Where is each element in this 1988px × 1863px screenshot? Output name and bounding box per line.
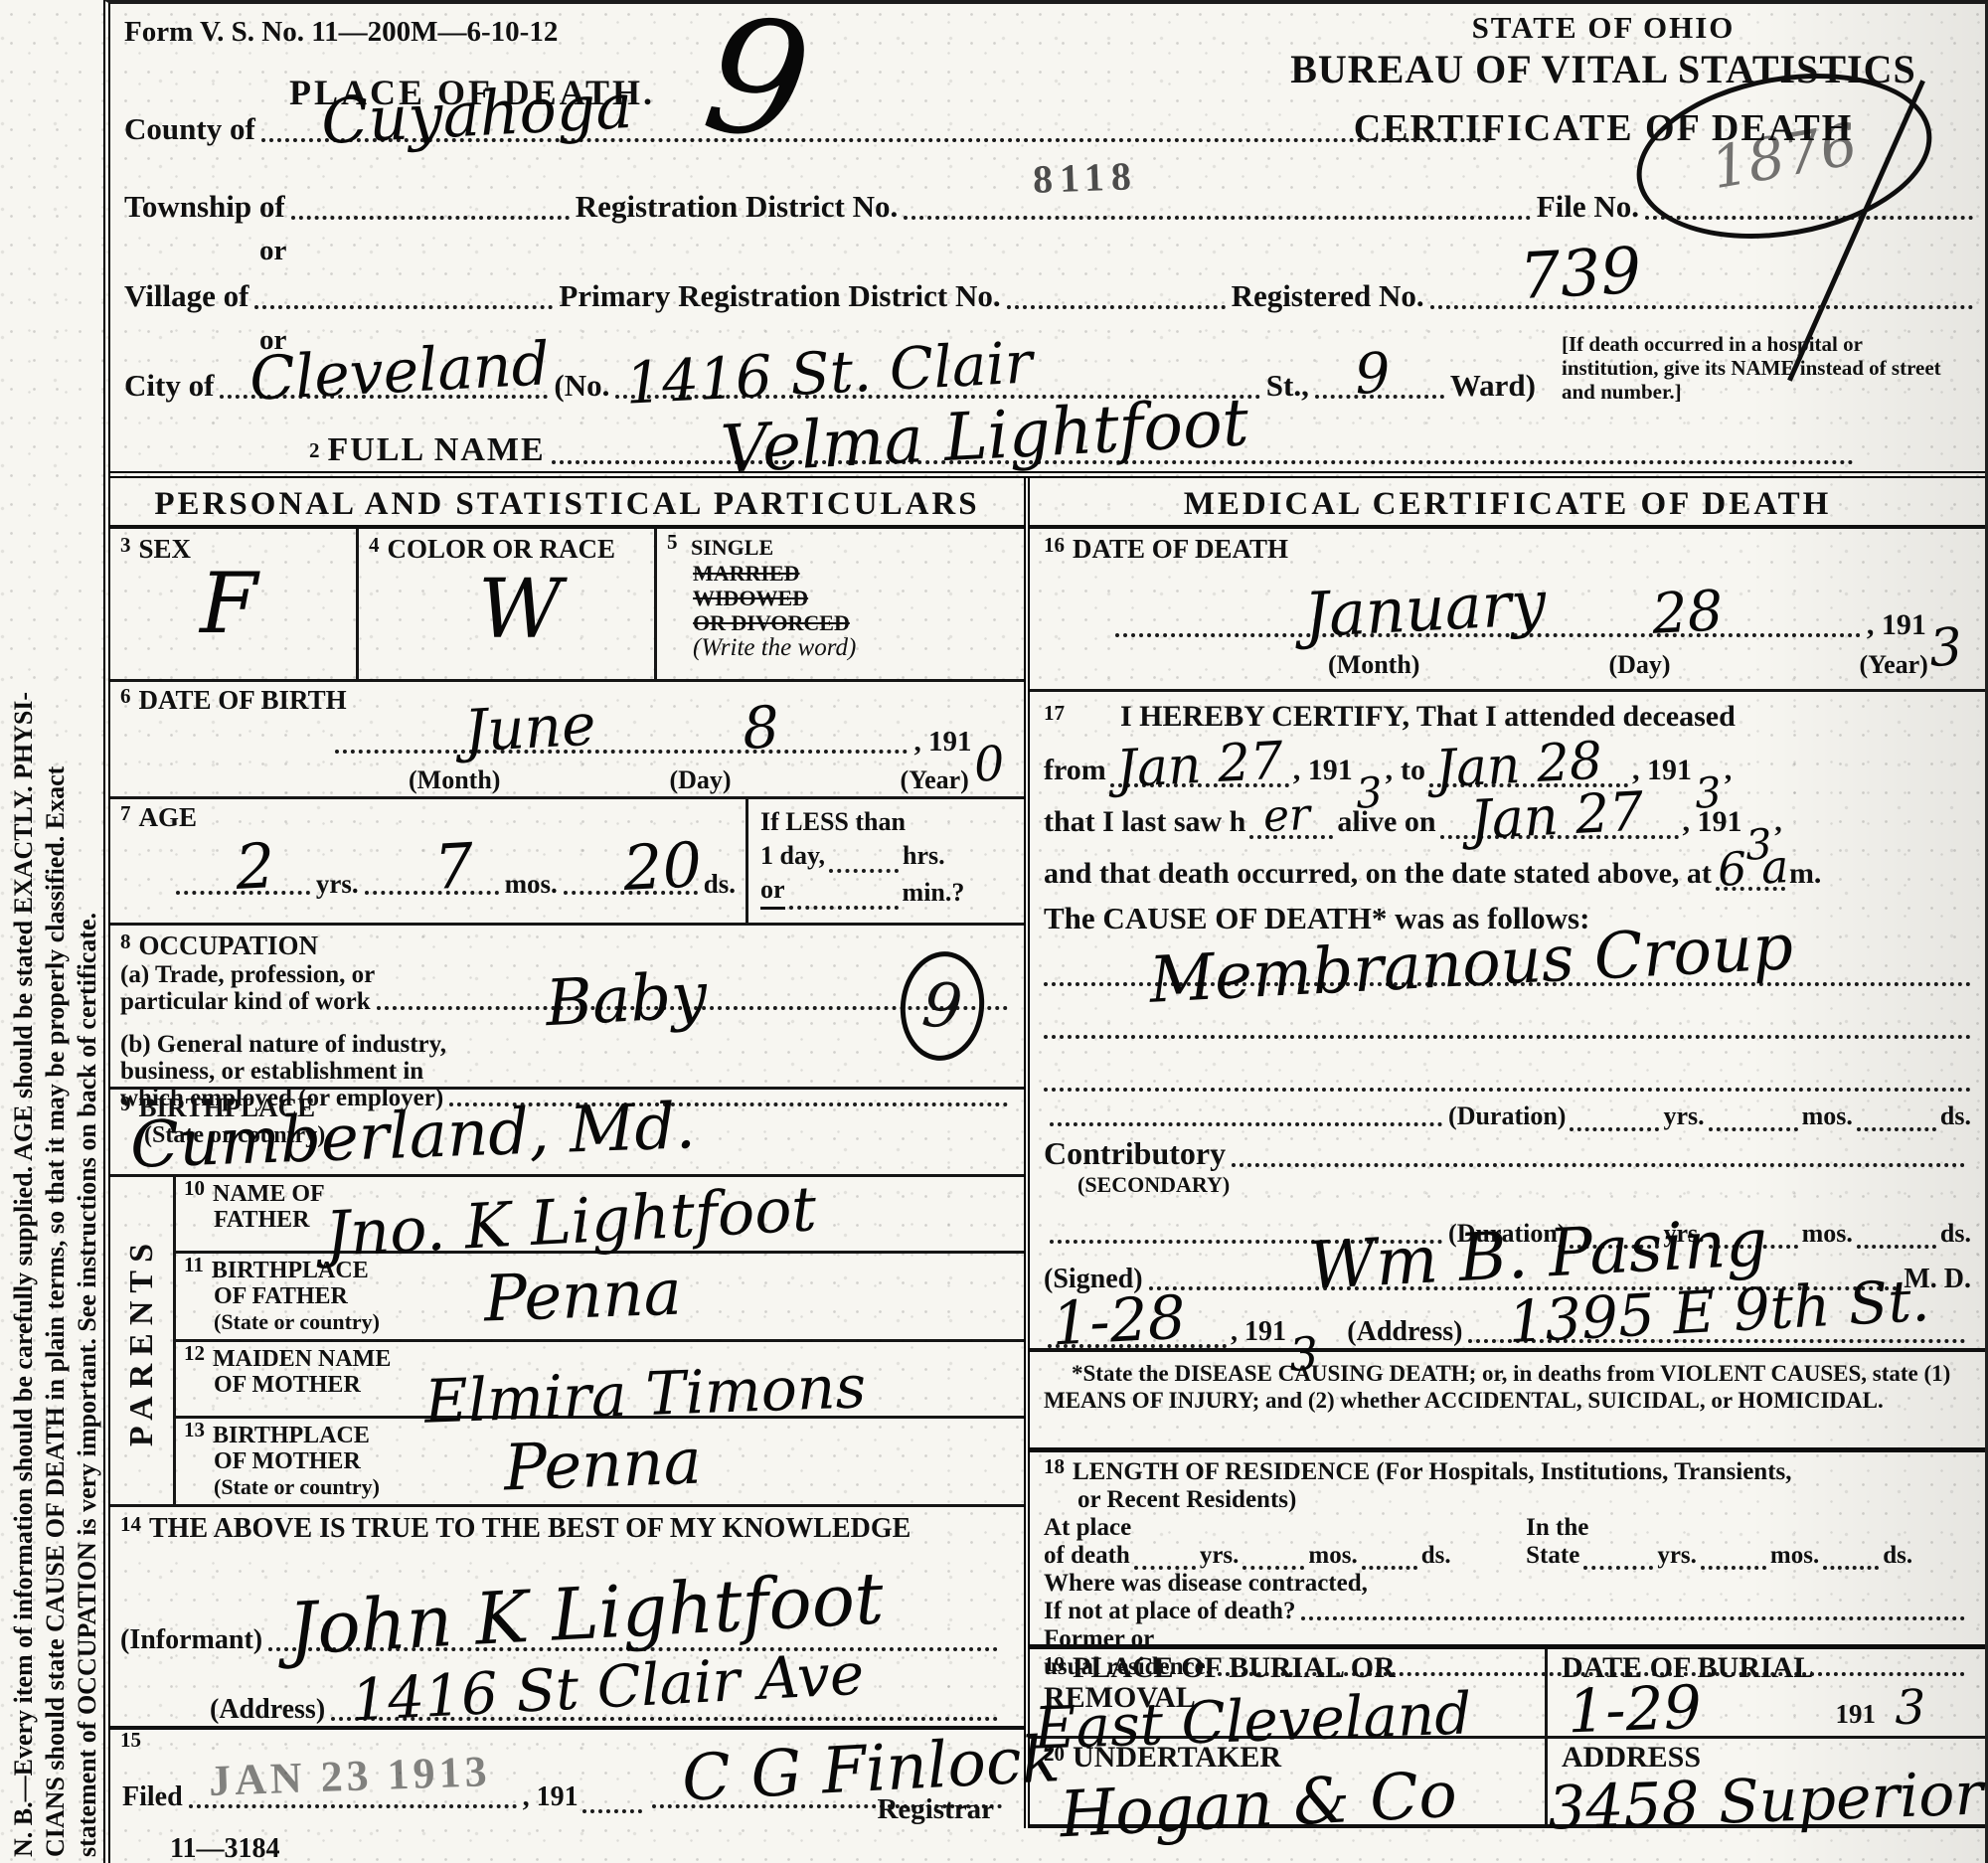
dob-month-value: June (462, 691, 597, 765)
primary-registration-blank (1007, 305, 1226, 309)
burial-date-cell: DATE OF BURIAL 1-29 191 3 (1548, 1649, 1985, 1737)
margin-note-line3: statement of OCCUPATION is very importan… (72, 12, 103, 1857)
dod-day-value: 28 (1650, 579, 1725, 647)
signed-date-value: 1-28 (1050, 1282, 1187, 1359)
county-value: Cuyahoga (319, 70, 634, 158)
age-less-line2: 1 day,hrs. (760, 839, 1012, 873)
residence-q2: If not at place of death? (1044, 1598, 1295, 1625)
occupation-label: OCCUPATION (139, 931, 319, 960)
burial-place-cell: 19PLACE OF BURIAL OR REMOVAL East Clevel… (1030, 1649, 1548, 1737)
bottom-form-code: 11—3184 (170, 1833, 279, 1863)
cause-dotted-line-3 (1044, 1039, 1971, 1092)
dob-day-value: 8 (741, 694, 780, 763)
parents-block: PARENTS 10NAME OF FATHER Jno. K Lightfoo… (110, 1174, 1024, 1504)
certify-comma-3: , (1774, 805, 1782, 839)
city-label: City of (124, 368, 214, 404)
age-mos-blank: 7 (365, 891, 499, 895)
rs-yrs-blank (1583, 1550, 1653, 1570)
rs-ds: ds. (1883, 1542, 1912, 1570)
dod-month-value: January (1302, 567, 1548, 652)
undertaker-address-value: 3458 Superior (1547, 1760, 1984, 1844)
dod-hint-day: (Day) (1608, 650, 1670, 680)
filed-date-stamp: JAN 23 1913 (208, 1746, 491, 1806)
registered-number-blank: 739 (1430, 305, 1973, 309)
residence-block: 18LENGTH OF RESIDENCE (For Hospitals, In… (1030, 1447, 1985, 1644)
burial-year-printed: 191 (1836, 1699, 1877, 1730)
duration2-ds: ds. (1940, 1219, 1971, 1249)
burial-year-digit: 3 (1895, 1680, 1925, 1736)
informant-address-label: (Address) (210, 1694, 325, 1726)
registration-district-label: Registration District No. (576, 189, 899, 225)
dob-hint-month: (Month) (409, 765, 500, 795)
certify-comma-1: , (1386, 754, 1394, 787)
age-less-line1: If LESS than (760, 805, 1012, 839)
rp-yrs: yrs. (1200, 1542, 1240, 1570)
informant-line: (Informant) John K Lightfoot (120, 1624, 1004, 1656)
registration-district-stamp: 8118 (1032, 152, 1138, 203)
duration1-mos-blank (1709, 1111, 1798, 1131)
certify-from-year-printed: , 191 (1293, 754, 1353, 787)
township-blank (291, 216, 570, 220)
certify-lastsaw-pre: that I last saw h (1044, 805, 1245, 839)
margin-note: N. B.—Every item of information should b… (8, 12, 103, 1857)
duration1-mos: mos. (1802, 1101, 1853, 1131)
marital-cell: 5 SINGLE MARRIED WIDOWED OR DIVORCED (Wr… (657, 529, 1024, 679)
certify-from-line: from Jan 27 , 1913 , to Jan 28 , 1913 , (1044, 736, 1971, 787)
residence-state-line: State yrs. mos. ds. (1526, 1542, 1971, 1570)
certify-to-label: to (1401, 754, 1425, 787)
duration1-lead-dots (1050, 1122, 1442, 1126)
dob-label: DATE OF BIRTH (139, 685, 347, 715)
contributory-block: Contributory (SECONDARY) (1030, 1131, 1985, 1193)
medical-column: MEDICAL CERTIFICATE OF DEATH 16DATE OF D… (1030, 478, 1985, 1828)
residence-label-1: LENGTH OF RESIDENCE (For Hospitals, Inst… (1073, 1458, 1792, 1485)
city-blank: Cleveland (220, 395, 548, 399)
age-mos-label: mos. (505, 869, 558, 900)
sex-cell: 3SEX F (110, 529, 359, 679)
certify-comma-2: , (1725, 754, 1733, 787)
death-certificate-scan: N. B.—Every item of information should b… (0, 0, 1988, 1863)
residence-at-place-label: At place (1044, 1514, 1526, 1542)
occupation-value: Baby (545, 983, 708, 1018)
dob-hint-year: (Year) (901, 765, 969, 795)
residence-at-place: At place of death yrs. mos. ds. (1044, 1514, 1526, 1570)
dod-number: 16 (1044, 533, 1065, 557)
age-ds-value: 20 (621, 828, 704, 905)
duration2-ds-blank (1857, 1229, 1936, 1249)
duration1-yrs-blank (1570, 1111, 1659, 1131)
handwritten-figure-9: 9 (694, 0, 820, 178)
dod-row: 16DATE OF DEATH January 28 , 1913 (Month… (1030, 529, 1985, 692)
form-number: Form V. S. No. 11—200M—6-10-12 (124, 16, 558, 49)
duration1-ds: ds. (1940, 1101, 1971, 1131)
age-min-label: min.? (903, 876, 965, 910)
age-line: 2 yrs. 7 mos. 20 ds. (170, 869, 736, 900)
dod-year-digit: 3 (1929, 647, 1962, 649)
duration2-mos: mos. (1802, 1219, 1853, 1249)
registrar-signature: C G Finlock (680, 1723, 1062, 1816)
sex-value: F (200, 555, 257, 652)
birthplace-row: 9BIRTHPLACE (State or country) Cumberlan… (110, 1087, 1024, 1174)
father-name-row: 10NAME OF FATHER Jno. K Lightfoot (176, 1177, 1024, 1251)
dob-year-printed: , 191 (913, 726, 971, 759)
primary-registration-label: Primary Registration District No. (559, 278, 1000, 314)
signed-address-blank: 1395 E 9th St. (1468, 1339, 1965, 1343)
occupation-row: 8OCCUPATION (a) Trade, profession, or pa… (110, 923, 1024, 1087)
father-birthplace-row: 11BIRTHPLACE OF FATHER (State or country… (176, 1251, 1024, 1339)
registered-number-label: Registered No. (1232, 278, 1424, 314)
house-number-label: (No. (554, 368, 609, 404)
dod-blank: January 28 (1115, 633, 1861, 637)
filed-line: Filed JAN 23 1913 , 191 C G Finlock (122, 1781, 1008, 1813)
duration1-label: (Duration) (1448, 1101, 1566, 1131)
color-cell: 4COLOR OR RACE W (359, 529, 657, 679)
age-number: 7 (120, 801, 131, 825)
certify-lastsaw-mid: alive on (1337, 805, 1435, 839)
residence-q2-line: If not at place of death? (1044, 1598, 1971, 1625)
age-less-day: 1 day, (760, 839, 825, 873)
sex-label: SEX (139, 534, 192, 564)
village-label: Village of (124, 278, 248, 314)
township-label: Township of (124, 189, 285, 225)
certify-line1: I HEREBY CERTIFY, That I attended deceas… (1120, 700, 1736, 733)
father-bp-number: 11 (184, 1253, 204, 1276)
residence-at-place-line: of death yrs. mos. ds. (1044, 1542, 1526, 1570)
burial-date-value: 1-29 (1567, 1672, 1703, 1747)
sex-number: 3 (120, 533, 131, 557)
full-name-number: 2 (309, 438, 320, 463)
dod-hints: (Month) (Day) (Year) (1328, 650, 1928, 680)
marital-single: SINGLE (691, 535, 773, 560)
signed-address-label: (Address) (1347, 1316, 1462, 1348)
file-number-label: File No. (1537, 189, 1639, 225)
rp-yrs-blank (1134, 1550, 1196, 1570)
certify-lastsaw-value: Jan 27 (1468, 780, 1645, 852)
occupation-a2: particular kind of work (120, 988, 371, 1015)
occupation-a2-line: particular kind of work Baby (120, 988, 1014, 1015)
dob-line: June 8 , 1910 (329, 726, 1008, 759)
marital-divorced: OR DIVORCED (693, 610, 1014, 635)
certify-from-value: Jan 27 (1114, 732, 1284, 800)
state-line: STATE OF OHIO (1245, 10, 1961, 46)
rp-mos: mos. (1308, 1542, 1357, 1570)
city-value: Cleveland (248, 329, 552, 415)
margin-note-line1: N. B.—Every item of information should b… (8, 12, 40, 1857)
margin-note-line2: CIANS should state CAUSE OF DEATH in pla… (40, 12, 72, 1857)
duration-line-1: (Duration) yrs. mos. ds. (1030, 1097, 1985, 1131)
certify-hour-value: 6 a (1717, 839, 1790, 897)
rs-yrs: yrs. (1657, 1542, 1697, 1570)
burial-row: 19PLACE OF BURIAL OR REMOVAL East Clevel… (1030, 1644, 1985, 1737)
rp-ds-blank (1362, 1550, 1417, 1570)
certify-block: 17I HEREBY CERTIFY, That I attended dece… (1030, 692, 1985, 933)
mother-number: 12 (184, 1341, 205, 1365)
color-number: 4 (369, 533, 380, 557)
certify-her-blank: er (1249, 833, 1333, 839)
residence-label-2: or Recent Residents) (1077, 1486, 1971, 1514)
signed-date-line: 1-28 , 1913 (Address) 1395 E 9th St. (1030, 1295, 1985, 1348)
city-row: City of Cleveland (No. 1416 St. Clair St… (124, 368, 1536, 404)
full-name-row: 2 FULL NAME Velma Lightfoot (309, 431, 1860, 469)
marital-widowed: WIDOWED (693, 586, 1014, 610)
certify-hour-blank: 6 a (1716, 885, 1785, 891)
residence-in-the-label: In the (1526, 1514, 1971, 1542)
age-mos-value: 7 (432, 829, 475, 904)
medical-title: MEDICAL CERTIFICATE OF DEATH (1030, 478, 1985, 529)
dob-row: 6DATE OF BIRTH June 8 , 1910 (Month) (Da… (110, 679, 1024, 795)
filed-label: Filed (122, 1781, 183, 1813)
marital-married: MARRIED (693, 561, 1014, 586)
contributory-label: Contributory (1044, 1135, 1226, 1172)
residence-of-death-label: of death (1044, 1542, 1130, 1570)
cause-area: Membranous Croup (1030, 933, 1985, 1097)
mother-label-1: MAIDEN NAME (213, 1346, 391, 1372)
age-less-cell: If LESS than 1 day,hrs. ormin.? (745, 799, 1024, 923)
informant-address-blank: 1416 St Clair Ave (331, 1717, 998, 1721)
statement-block: 14THE ABOVE IS TRUE TO THE BEST OF MY KN… (110, 1504, 1024, 1726)
rp-ds: ds. (1421, 1542, 1451, 1570)
dob-blank: June 8 (335, 750, 908, 754)
signed-year-digit: 3 (1289, 1353, 1318, 1355)
age-yrs-blank: 2 (176, 891, 310, 895)
mother-birthplace-row: 13BIRTHPLACE OF MOTHER (State or country… (176, 1416, 1024, 1504)
dob-hints: (Month) (Day) (Year) (409, 765, 969, 795)
age-less-line3: ormin.? (760, 873, 1012, 910)
age-yrs-value: 2 (234, 829, 276, 904)
father-label-1: NAME OF (213, 1181, 325, 1207)
occupation-number: 8 (120, 930, 131, 953)
street-label: St., (1266, 368, 1309, 404)
county-blank: Cuyahoga (261, 138, 1490, 142)
statement-number: 14 (120, 1512, 141, 1536)
left-margin-band: N. B.—Every item of information should b… (0, 0, 103, 1863)
informant-label: (Informant) (120, 1624, 262, 1656)
full-name-label: FULL NAME (328, 431, 546, 469)
dod-line: January 28 , 1913 (1109, 608, 1965, 642)
filed-year-printed: , 191 (523, 1781, 579, 1813)
informant-address-line: (Address) 1416 St Clair Ave (210, 1694, 1004, 1726)
duration1-ds-blank (1857, 1111, 1936, 1131)
age-or-label: or (760, 873, 785, 910)
personal-column: PERSONAL AND STATISTICAL PARTICULARS 3SE… (110, 478, 1030, 1828)
age-label: AGE (139, 802, 198, 832)
dob-hint-day: (Day) (669, 765, 731, 795)
duration1-yrs: yrs. (1663, 1101, 1704, 1131)
filed-year-blank (582, 1789, 642, 1813)
color-value: W (478, 563, 562, 657)
ward-blank: 9 (1315, 395, 1444, 399)
sex-color-marital-row: 3SEX F 4COLOR OR RACE W 5 SINGLE MARRIED… (110, 529, 1024, 679)
mother-bp-value: Penna (503, 1426, 703, 1506)
certify-her-value: er (1262, 789, 1312, 842)
color-label: COLOR OR RACE (388, 534, 616, 564)
age-hrs-blank (829, 843, 899, 873)
filed-row: 15 Filed JAN 23 1913 , 191 C G Finlock R… (110, 1726, 1024, 1828)
signed-date-blank: 1-28 (1048, 1342, 1227, 1348)
parents-label: PARENTS (123, 1236, 161, 1446)
county-row: County of Cuyahoga (124, 111, 1496, 147)
mother-bp-number: 13 (184, 1418, 205, 1441)
village-blank (254, 305, 553, 309)
dod-year-printed: , 191 (1867, 608, 1926, 642)
file-number-blank: 1876 (1645, 216, 1973, 220)
certify-number: 17 (1044, 701, 1065, 725)
residence-in-state: In the State yrs. mos. ds. (1526, 1514, 1971, 1570)
dob-number: 6 (120, 684, 131, 708)
cause-footnote: *State the DISEASE CAUSING DEATH; or, in… (1030, 1348, 1985, 1447)
marital-number: 5 (667, 530, 678, 554)
certificate-body: Form V. S. No. 11—200M—6-10-12 STATE OF … (103, 0, 1988, 1863)
registered-number-value: 739 (1518, 235, 1643, 314)
burial-number: 19 (1044, 1652, 1065, 1676)
rs-mos-blank (1701, 1550, 1766, 1570)
full-name-blank: Velma Lightfoot (552, 460, 1854, 464)
certify-to-year-digit: 3 (1695, 792, 1722, 794)
age-hrs-label: hrs. (903, 839, 945, 873)
age-main-cell: 7AGE 2 yrs. 7 mos. 20 (110, 799, 745, 923)
filed-number: 15 (120, 1728, 141, 1752)
hospital-note: [If death occurred in a hospital or inst… (1562, 332, 1959, 404)
undertaker-address-cell: ADDRESS 3458 Superior (1548, 1739, 1985, 1824)
contributory-line: Contributory (1044, 1135, 1971, 1172)
certify-from-label: from (1044, 754, 1106, 787)
dod-label: DATE OF DEATH (1073, 534, 1288, 564)
village-row: Village of Primary Registration District… (124, 278, 1979, 314)
registration-district-blank: 8118 (904, 216, 1530, 220)
age-ds-blank: 20 (564, 891, 698, 895)
parents-rows: 10NAME OF FATHER Jno. K Lightfoot 11BIRT… (176, 1177, 1024, 1504)
columns: PERSONAL AND STATISTICAL PARTICULARS 3SE… (110, 471, 1985, 1828)
certify-occurred-post: m. (1789, 857, 1822, 891)
age-yrs-label: yrs. (316, 869, 359, 900)
residence-state-label: State (1526, 1542, 1579, 1570)
county-label: County of (124, 111, 255, 147)
parents-label-cell: PARENTS (110, 1177, 176, 1504)
or-label-1: or (259, 235, 286, 267)
certify-occurred-pre: and that death occurred, on the date sta… (1044, 857, 1712, 891)
personal-title: PERSONAL AND STATISTICAL PARTICULARS (110, 478, 1024, 529)
ward-label: Ward) (1450, 368, 1536, 404)
certify-lastsaw-blank: Jan 27 (1440, 833, 1679, 839)
marital-hint: (Write the word) (693, 635, 1014, 660)
file-number-value: 1876 (1706, 110, 1862, 203)
signed-year-printed: , 191 (1231, 1316, 1286, 1348)
father-bp-value: Penna (483, 1257, 683, 1337)
mother-bp-label-1: BIRTHPLACE (213, 1423, 370, 1448)
occupation-b2: business, or establishment in (120, 1058, 1014, 1085)
contributory-blank (1232, 1163, 1965, 1167)
filed-date-blank: JAN 23 1913 (189, 1804, 517, 1808)
statement-label: THE ABOVE IS TRUE TO THE BEST OF MY KNOW… (149, 1513, 911, 1544)
ward-value: 9 (1353, 341, 1392, 408)
township-row: Township of Registration District No. 81… (124, 189, 1979, 225)
mother-name-row: 12MAIDEN NAME OF MOTHER Elmira Timons (176, 1339, 1024, 1416)
residence-number: 18 (1044, 1454, 1065, 1478)
dod-hint-month: (Month) (1328, 650, 1419, 680)
residence-q2-blank (1301, 1616, 1965, 1620)
rs-ds-blank (1823, 1550, 1879, 1570)
age-ds-label: ds. (704, 869, 736, 900)
age-row: 7AGE 2 yrs. 7 mos. 20 (110, 796, 1024, 923)
rp-mos-blank (1242, 1550, 1304, 1570)
dob-year-digit: 0 (974, 763, 1004, 765)
dod-hint-year: (Year) (1860, 650, 1928, 680)
age-min-blank (789, 880, 899, 910)
residence-q1: Where was disease contracted, (1044, 1570, 1971, 1598)
rs-mos: mos. (1770, 1542, 1819, 1570)
residence-places-row: At place of death yrs. mos. ds. In the (1044, 1514, 1971, 1570)
certify-from-blank: Jan 27 (1110, 781, 1289, 787)
certify-from-year-digit: 3 (1356, 792, 1383, 794)
